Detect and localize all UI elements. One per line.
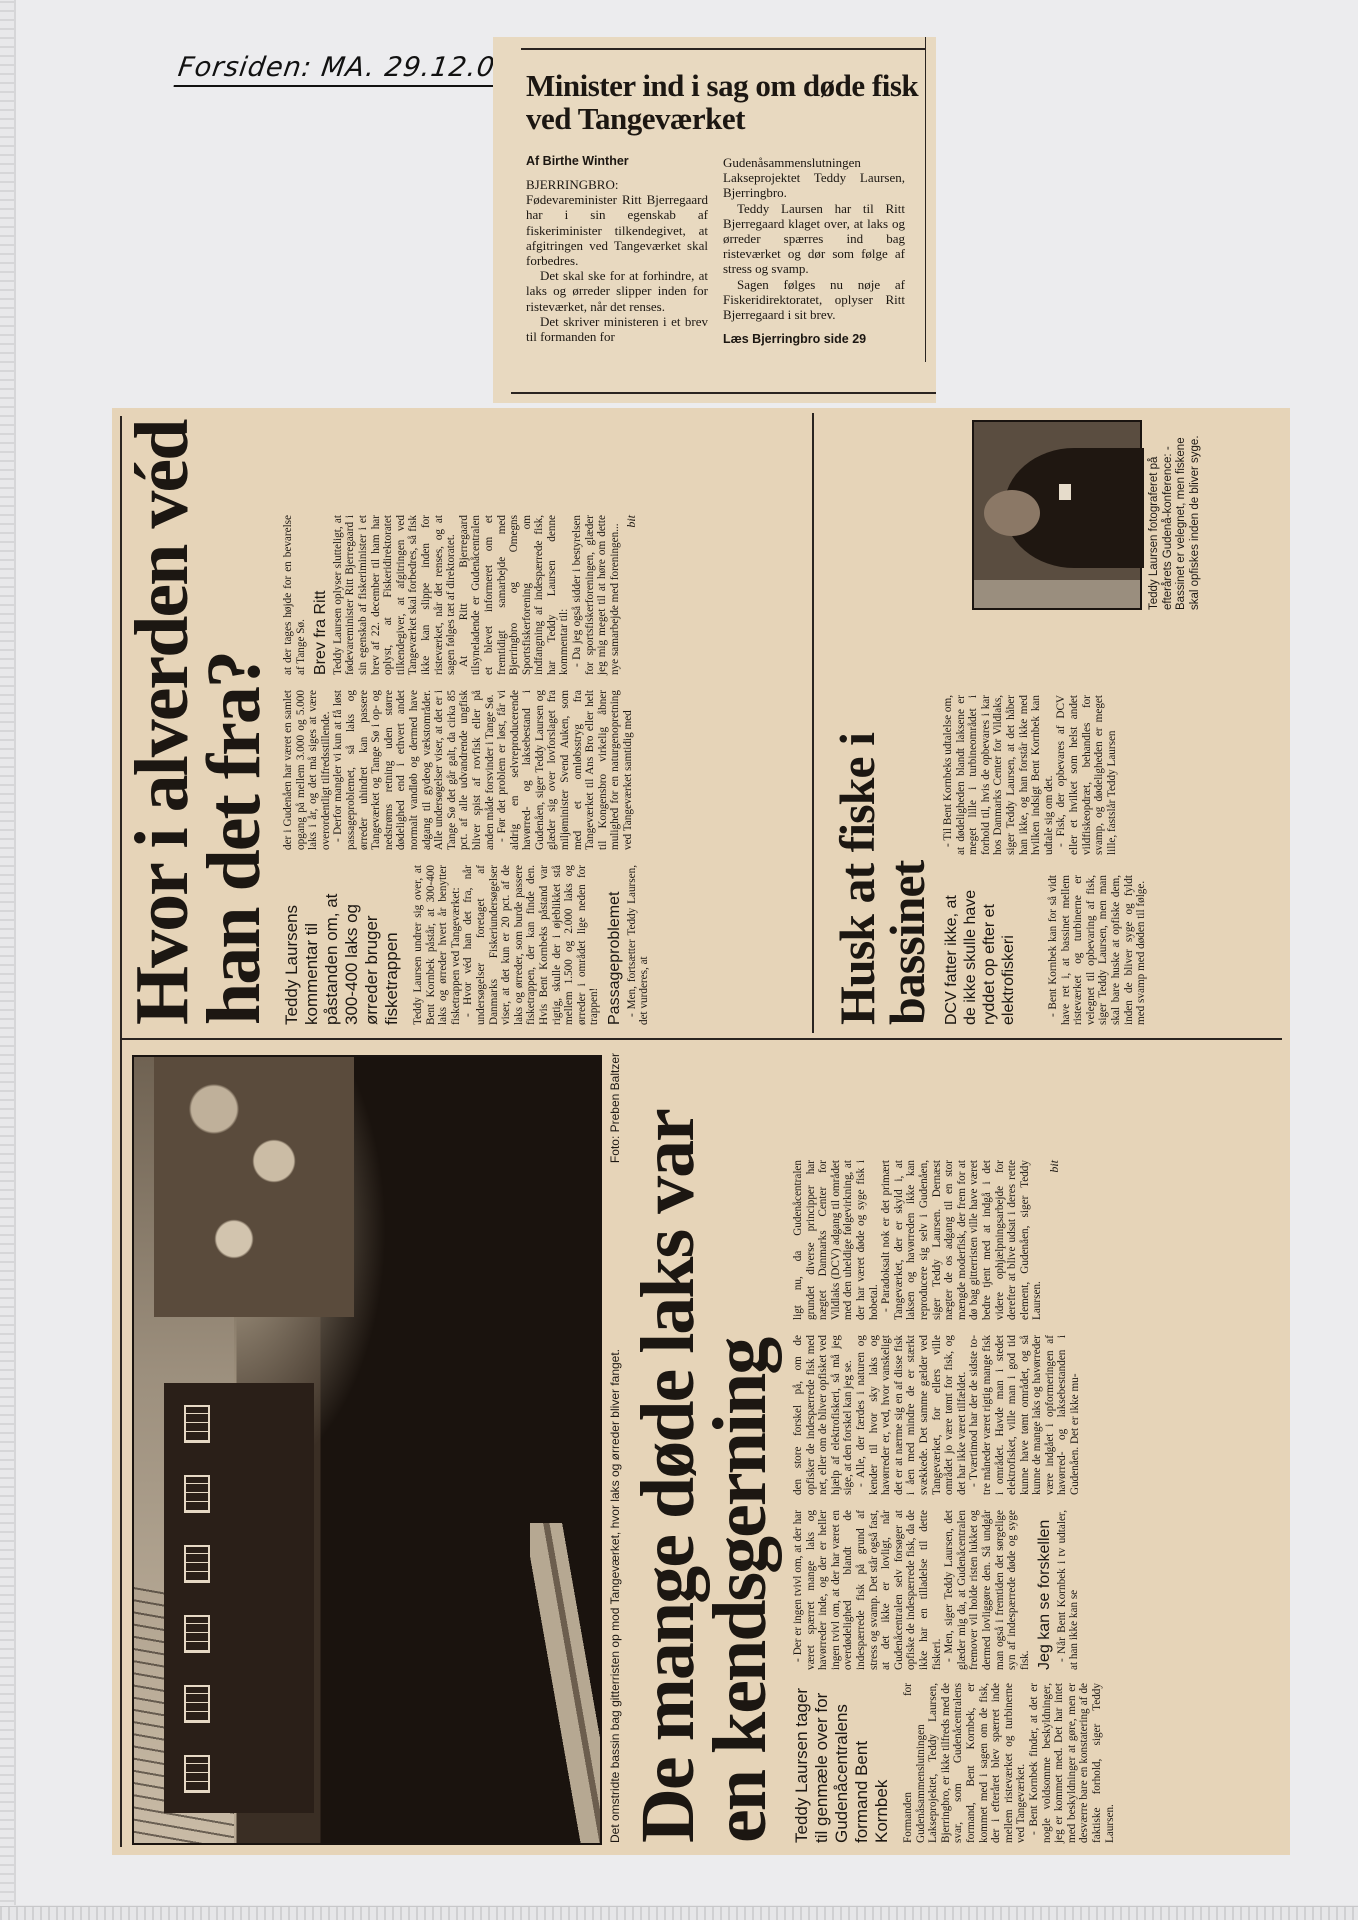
paragraph: Teddy Laursen har til Ritt Bjerregaard k… (723, 201, 905, 277)
photo-tangevaerket-basin (132, 1055, 602, 1845)
subheadline-husk: DCV fatter ikke, at de ikke skulle have … (942, 875, 1018, 1025)
paragraph: - Da jeg også sidder i bestyrelsen for s… (571, 515, 621, 675)
article-column: Formanden for Gudenåsammenslutningen Lak… (902, 1683, 1116, 1843)
article-column-2: Gudenåsammenslutningen Lakseprojektet Te… (723, 155, 905, 347)
article-column: - Bent Kornbek kan for så vidt have ret … (1047, 875, 1148, 1025)
headline-remember-to-fish: Husk at fiske i bassinet (832, 605, 932, 1025)
photo-building (164, 1383, 314, 1813)
paragraph: Det skriver ministeren i et brev til for… (526, 314, 708, 344)
paragraph: der i Gudenåen har været en samlet opgan… (282, 690, 332, 850)
paragraph: Gudenåsammenslutningen Lakseprojektet Te… (723, 155, 905, 201)
paragraph: Teddy Laursen undrer sig over, at Bent K… (412, 865, 462, 1025)
paragraph: den store forskel på, om de opfisker de … (792, 1335, 855, 1495)
paragraph: - Men, siger Teddy Laursen, det glæder m… (943, 1510, 1031, 1670)
paragraph: - Alle, der færdes i naturen og kender t… (855, 1335, 968, 1495)
divider (521, 48, 926, 50)
photo-name-tag (1059, 484, 1071, 500)
divider (925, 37, 926, 362)
paragraph: - Bent Kornbek finder, at det er nogle v… (1028, 1683, 1116, 1843)
paragraph: - Hvor véd han det fra, når undersøgelse… (462, 865, 601, 1025)
author-signature: bit (625, 515, 638, 675)
subhead: Passageproblemet (609, 865, 622, 1025)
paragraph: - Før det problem er løst, får vi aldrig… (496, 690, 635, 850)
article-column: at der tages højde for en bevarelse af T… (282, 515, 638, 675)
paragraph: Det skal ske for at forhindre, at laks o… (526, 268, 708, 314)
photo-caption: Det omstridte bassin bag gitterristen op… (608, 1053, 622, 1843)
paragraph: - Derfor mangler vi kun at få løst passa… (332, 690, 496, 850)
paragraph: - Men, fortsætter Teddy Laursen, det vur… (626, 865, 651, 1025)
see-also-reference: Læs Bjerringbro side 29 (723, 332, 905, 347)
subheadline-left: Teddy Laursen tager til genmæle over for… (792, 1683, 892, 1843)
paragraph: at der tages højde for en bevarelse af T… (282, 515, 307, 675)
article-column: - Der er ingen tvivl om, at der har være… (792, 1510, 1081, 1670)
headline-dead-salmon: De mange døde laks var en kendsgerning (632, 1043, 776, 1843)
headline-where-does-he-know: Hvor i alverden véd han det fra? (126, 415, 270, 1025)
paragraph: Formanden for Gudenåsammenslutningen Lak… (902, 1683, 1028, 1843)
subhead: Brev fra Ritt (315, 515, 328, 675)
article-column: der i Gudenåen har været en samlet opgan… (282, 690, 635, 850)
article-column: Teddy Laursen undrer sig over, at Bent K… (412, 865, 651, 1025)
author-signature: bit (1048, 1160, 1061, 1320)
paragraph: Teddy Laursen oplyser slutteligt, at fød… (332, 515, 458, 675)
window (184, 1475, 210, 1513)
clipping-minister: Minister ind i sag om døde fisk ved Tang… (493, 37, 936, 403)
binder-rail-left (0, 0, 14, 1920)
rotated-article: Det omstridte bassin bag gitterristen op… (112, 408, 1290, 1855)
window (184, 1755, 210, 1793)
divider (812, 413, 814, 1033)
window (184, 1685, 210, 1723)
article-column-1: BJERRINGBRO: Fødevareminister Ritt Bjerr… (526, 177, 708, 344)
window (184, 1545, 210, 1583)
window (184, 1615, 210, 1653)
paragraph: - Bent Kornbek kan for så vidt have ret … (1047, 875, 1148, 1025)
article-column: den store forskel på, om de opfisker de … (792, 1335, 1082, 1495)
paragraph: - Fisk, der opbevares af DCV eller et hv… (1055, 695, 1118, 855)
paragraph: - Til Bent Kornbeks udtalelse om, at død… (942, 695, 1055, 855)
paragraph: - Når Bent Kornbek i tv udtaler, at han … (1056, 1510, 1081, 1670)
caption-text: Det omstridte bassin bag gitterristen op… (608, 1349, 622, 1843)
paragraph: - Der er ingen tvivl om, at der har være… (792, 1510, 943, 1670)
window (184, 1405, 210, 1443)
divider (511, 392, 936, 394)
photo-face (984, 490, 1040, 536)
photo-teddy-laursen (972, 420, 1142, 610)
paragraph: Sagen følges nu nøje af Fiskeridirektora… (723, 277, 905, 323)
photo-rocks (154, 1057, 354, 1317)
clipping-main: Det omstridte bassin bag gitterristen op… (112, 408, 1290, 1855)
divider (122, 1038, 1282, 1040)
paragraph: BJERRINGBRO: Fødevareminister Ritt Bjerr… (526, 177, 708, 268)
headline-minister: Minister ind i sag om døde fisk ved Tang… (526, 69, 921, 135)
paragraph: At Ritt Bjerregaard tilsyneladende er Gu… (458, 515, 571, 675)
subheadline-right: Teddy Laursens kommentar til påstanden o… (282, 865, 402, 1025)
photo-railing (530, 1523, 600, 1843)
article-column: - Til Bent Kornbeks udtalelse om, at død… (942, 695, 1118, 855)
handwritten-date-note: Forsiden: MA. 29.12.00. (174, 52, 529, 87)
paragraph: ligt nu, da Gudenåcentralen grundet dive… (792, 1160, 880, 1320)
binder-rail-bottom (0, 1906, 1358, 1920)
paragraph: - Paradoksalt nok er det primært Tangevæ… (880, 1160, 1044, 1320)
article-column: ligt nu, da Gudenåcentralen grundet dive… (792, 1160, 1060, 1320)
photo-credit: Foto: Preben Baltzer (608, 1053, 622, 1163)
byline: Af Birthe Winther (526, 154, 629, 168)
subhead: Jeg kan se forskellen (1039, 1510, 1052, 1670)
photo-caption-small: Teddy Laursen fotograferet på efterårets… (1148, 420, 1202, 610)
paragraph: - Tværtimod har der de sidste to-tre mån… (968, 1335, 1081, 1495)
